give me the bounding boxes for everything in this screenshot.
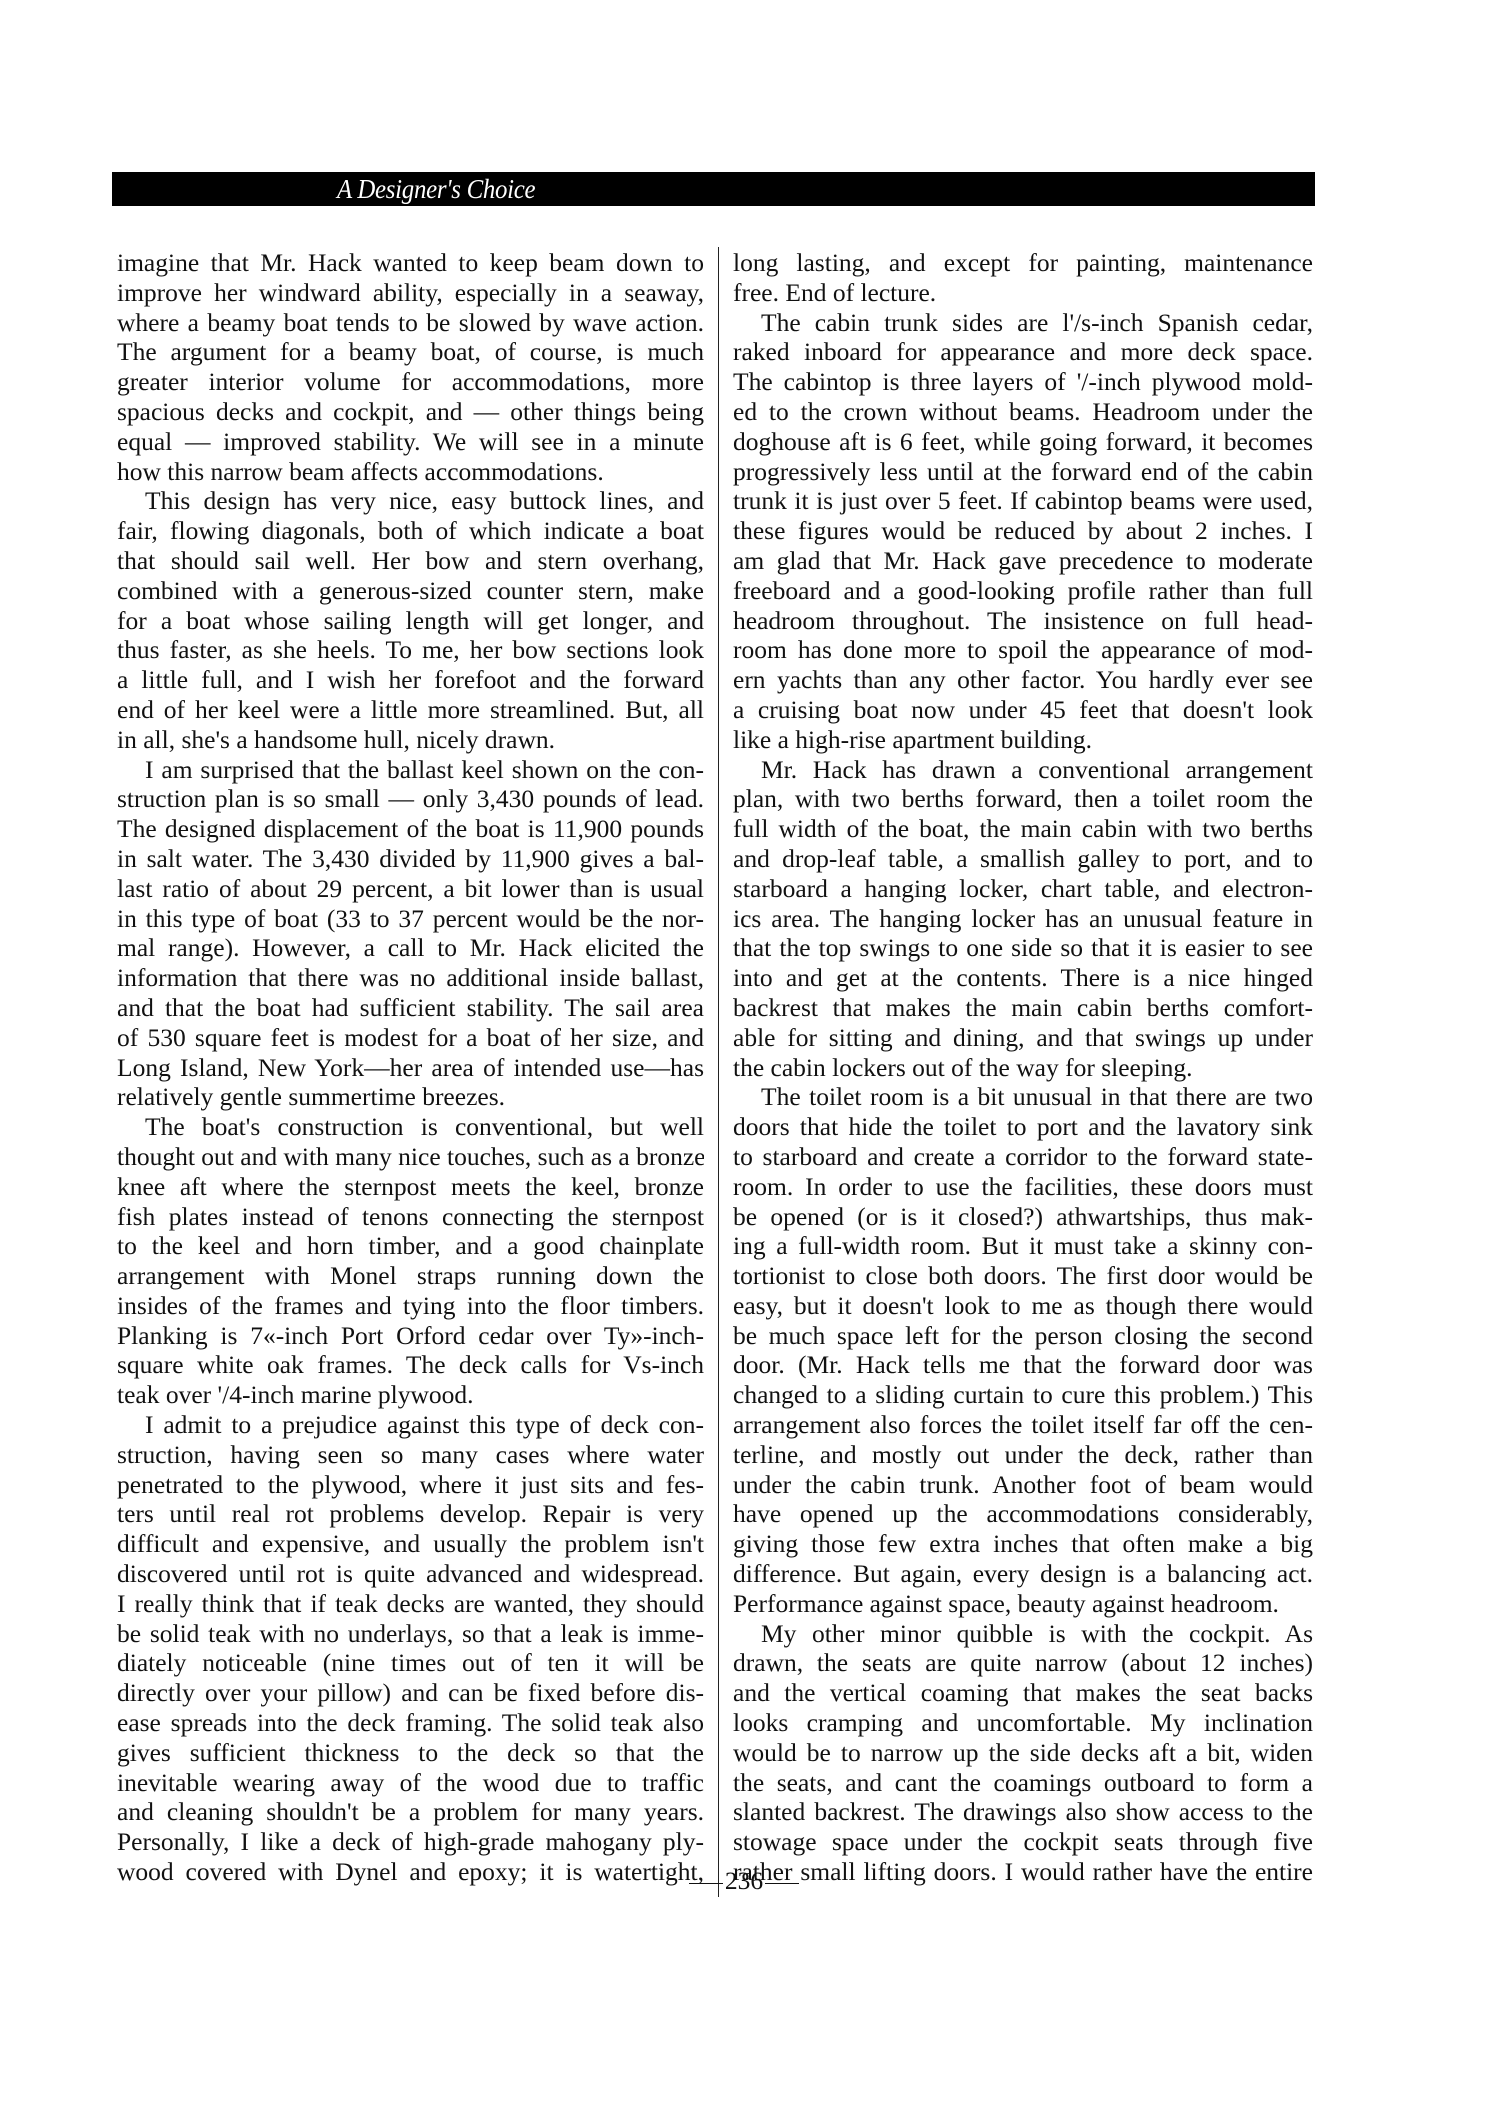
text-line: directly over your pillow) and can be fi… xyxy=(117,1678,704,1708)
text-line: able for sitting and dining, and that sw… xyxy=(733,1023,1313,1053)
text-line: I really think that if teak decks are wa… xyxy=(117,1589,704,1619)
text-line: gives sufficient thickness to the deck s… xyxy=(117,1738,704,1768)
text-line: room has done more to spoil the appearan… xyxy=(733,635,1313,665)
text-line: ics area. The hanging locker has an unus… xyxy=(733,904,1313,934)
text-line: to starboard and create a corridor to th… xyxy=(733,1142,1313,1172)
text-line: and cleaning shouldn't be a problem for … xyxy=(117,1797,704,1827)
text-line: last ratio of about 29 percent, a bit lo… xyxy=(117,874,704,904)
text-line: discovered until rot is quite advanced a… xyxy=(117,1559,704,1589)
text-line: inevitable wearing away of the wood due … xyxy=(117,1768,704,1798)
text-line: in salt water. The 3,430 divided by 11,9… xyxy=(117,844,704,874)
text-line: mal range). However, a call to Mr. Hack … xyxy=(117,933,704,963)
column-divider xyxy=(718,247,719,1897)
text-line: headroom throughout. The insistence on f… xyxy=(733,606,1313,636)
text-line: that the top swings to one side so that … xyxy=(733,933,1313,963)
page-number-dash-right xyxy=(765,1883,799,1884)
text-line: free. End of lecture. xyxy=(733,278,1313,308)
text-line: end of her keel were a little more strea… xyxy=(117,695,704,725)
text-line: be solid teak with no underlays, so that… xyxy=(117,1619,704,1649)
text-line: like a high-rise apartment building. xyxy=(733,725,1313,755)
text-line: that should sail well. Her bow and stern… xyxy=(117,546,704,576)
text-line: easy, but it doesn't look to me as thoug… xyxy=(733,1291,1313,1321)
paragraph: Mr. Hack has drawn a conventional arrang… xyxy=(733,755,1313,1083)
right-column: long lasting, and except for painting, m… xyxy=(733,248,1313,1887)
text-line: plan, with two berths forward, then a to… xyxy=(733,784,1313,814)
text-line: backrest that makes the main cabin berth… xyxy=(733,993,1313,1023)
text-line: these figures would be reduced by about … xyxy=(733,516,1313,546)
text-line: stowage space under the cockpit seats th… xyxy=(733,1827,1313,1857)
text-line: and drop-leaf table, a smallish galley t… xyxy=(733,844,1313,874)
text-line: raked inboard for appearance and more de… xyxy=(733,337,1313,367)
text-line: a cruising boat now under 45 feet that d… xyxy=(733,695,1313,725)
text-line: be much space left for the person closin… xyxy=(733,1321,1313,1351)
text-line: spacious decks and cockpit, and — other … xyxy=(117,397,704,427)
text-line: This design has very nice, easy buttock … xyxy=(117,486,704,516)
text-line: to the keel and horn timber, and a good … xyxy=(117,1231,704,1261)
text-line: in this type of boat (33 to 37 percent w… xyxy=(117,904,704,934)
text-line: imagine that Mr. Hack wanted to keep bea… xyxy=(117,248,704,278)
text-line: for a boat whose sailing length will get… xyxy=(117,606,704,636)
text-line: Mr. Hack has drawn a conventional arrang… xyxy=(733,755,1313,785)
text-line: full width of the boat, the main cabin w… xyxy=(733,814,1313,844)
text-line: how this narrow beam affects accommodati… xyxy=(117,457,704,487)
text-line: information that there was no additional… xyxy=(117,963,704,993)
text-line: combined with a generous-sized counter s… xyxy=(117,576,704,606)
text-line: tortionist to close both doors. The firs… xyxy=(733,1261,1313,1291)
text-line: starboard a hanging locker, chart table,… xyxy=(733,874,1313,904)
text-line: The toilet room is a bit unusual in that… xyxy=(733,1082,1313,1112)
text-line: Planking is 7«-inch Port Orford cedar ov… xyxy=(117,1321,704,1351)
text-line: struction, having seen so many cases whe… xyxy=(117,1440,704,1470)
text-line: ease spreads into the deck framing. The … xyxy=(117,1708,704,1738)
text-line: have opened up the accommodations consid… xyxy=(733,1499,1313,1529)
page-number-dash-left xyxy=(689,1883,723,1884)
text-line: drawn, the seats are quite narrow (about… xyxy=(733,1648,1313,1678)
text-line: I admit to a prejudice against this type… xyxy=(117,1410,704,1440)
text-line: I am surprised that the ballast keel sho… xyxy=(117,755,704,785)
text-line: under the cabin trunk. Another foot of b… xyxy=(733,1470,1313,1500)
text-line: improve her windward ability, especially… xyxy=(117,278,704,308)
text-line: and that the boat had sufficient stabili… xyxy=(117,993,704,1023)
text-line: diately noticeable (nine times out of te… xyxy=(117,1648,704,1678)
text-line: Personally, I like a deck of high-grade … xyxy=(117,1827,704,1857)
text-line: changed to a sliding curtain to cure thi… xyxy=(733,1380,1313,1410)
paragraph: long lasting, and except for painting, m… xyxy=(733,248,1313,308)
text-line: arrangement with Monel straps running do… xyxy=(117,1261,704,1291)
text-line: thus faster, as she heels. To me, her bo… xyxy=(117,635,704,665)
text-line: doors that hide the toilet to port and t… xyxy=(733,1112,1313,1142)
text-line: ing a full-width room. But it must take … xyxy=(733,1231,1313,1261)
text-line: progressively less until at the forward … xyxy=(733,457,1313,487)
text-line: room. In order to use the facilities, th… xyxy=(733,1172,1313,1202)
page-footer: 236 xyxy=(0,1866,1488,1896)
text-line: where a beamy boat tends to be slowed by… xyxy=(117,308,704,338)
text-line: door. (Mr. Hack tells me that the forwar… xyxy=(733,1350,1313,1380)
text-line: ed to the crown without beams. Headroom … xyxy=(733,397,1313,427)
text-line: difference. But again, every design is a… xyxy=(733,1559,1313,1589)
paragraph: My other minor quibble is with the cockp… xyxy=(733,1619,1313,1887)
text-line: equal — improved stability. We will see … xyxy=(117,427,704,457)
text-line: square white oak frames. The deck calls … xyxy=(117,1350,704,1380)
paragraph: imagine that Mr. Hack wanted to keep bea… xyxy=(117,248,704,486)
text-line: teak over '/4-inch marine plywood. xyxy=(117,1380,704,1410)
text-line: The argument for a beamy boat, of course… xyxy=(117,337,704,367)
text-line: trunk it is just over 5 feet. If cabinto… xyxy=(733,486,1313,516)
text-line: of 530 square feet is modest for a boat … xyxy=(117,1023,704,1053)
text-line: would be to narrow up the side decks aft… xyxy=(733,1738,1313,1768)
running-header-title: A Designer's Choice xyxy=(337,173,535,205)
text-line: the seats, and cant the coamings outboar… xyxy=(733,1768,1313,1798)
paragraph: I am surprised that the ballast keel sho… xyxy=(117,755,704,1113)
text-line: in all, she's a handsome hull, nicely dr… xyxy=(117,725,704,755)
page-number: 236 xyxy=(725,1866,763,1895)
text-line: The cabin trunk sides are l'/s-inch Span… xyxy=(733,308,1313,338)
text-line: greater interior volume for accommodatio… xyxy=(117,367,704,397)
text-line: struction plan is so small — only 3,430 … xyxy=(117,784,704,814)
paragraph: The boat's construction is conventional,… xyxy=(117,1112,704,1410)
paragraph: I admit to a prejudice against this type… xyxy=(117,1410,704,1887)
text-line: Long Island, New York—her area of intend… xyxy=(117,1053,704,1083)
text-line: My other minor quibble is with the cockp… xyxy=(733,1619,1313,1649)
text-line: terline, and mostly out under the deck, … xyxy=(733,1440,1313,1470)
paragraph: This design has very nice, easy buttock … xyxy=(117,486,704,754)
text-line: insides of the frames and tying into the… xyxy=(117,1291,704,1321)
text-line: giving those few extra inches that often… xyxy=(733,1529,1313,1559)
text-line: into and get at the contents. There is a… xyxy=(733,963,1313,993)
text-line: slanted backrest. The drawings also show… xyxy=(733,1797,1313,1827)
text-line: arrangement also forces the toilet itsel… xyxy=(733,1410,1313,1440)
text-line: The cabintop is three layers of '/-inch … xyxy=(733,367,1313,397)
text-line: am glad that Mr. Hack gave precedence to… xyxy=(733,546,1313,576)
text-line: The boat's construction is conventional,… xyxy=(117,1112,704,1142)
paragraph: The cabin trunk sides are l'/s-inch Span… xyxy=(733,308,1313,755)
paragraph: The toilet room is a bit unusual in that… xyxy=(733,1082,1313,1618)
text-line: looks cramping and uncomfortable. My inc… xyxy=(733,1708,1313,1738)
text-line: Performance against space, beauty agains… xyxy=(733,1589,1313,1619)
text-line: knee aft where the sternpost meets the k… xyxy=(117,1172,704,1202)
text-line: ern yachts than any other factor. You ha… xyxy=(733,665,1313,695)
text-line: penetrated to the plywood, where it just… xyxy=(117,1470,704,1500)
text-line: and the vertical coaming that makes the … xyxy=(733,1678,1313,1708)
text-line: be opened (or is it closed?) athwartship… xyxy=(733,1202,1313,1232)
text-line: thought out and with many nice touches, … xyxy=(117,1142,704,1172)
text-line: a little full, and I wish her forefoot a… xyxy=(117,665,704,695)
text-line: fair, flowing diagonals, both of which i… xyxy=(117,516,704,546)
left-column: imagine that Mr. Hack wanted to keep bea… xyxy=(117,248,704,1887)
text-line: freeboard and a good-looking profile rat… xyxy=(733,576,1313,606)
text-line: difficult and expensive, and usually the… xyxy=(117,1529,704,1559)
text-line: The designed displacement of the boat is… xyxy=(117,814,704,844)
text-line: ters until real rot problems develop. Re… xyxy=(117,1499,704,1529)
text-line: doghouse aft is 6 feet, while going forw… xyxy=(733,427,1313,457)
running-header-bar: A Designer's Choice xyxy=(112,172,1315,206)
text-line: relatively gentle summertime breezes. xyxy=(117,1082,704,1112)
text-line: long lasting, and except for painting, m… xyxy=(733,248,1313,278)
text-line: the cabin lockers out of the way for sle… xyxy=(733,1053,1313,1083)
text-line: fish plates instead of tenons connecting… xyxy=(117,1202,704,1232)
